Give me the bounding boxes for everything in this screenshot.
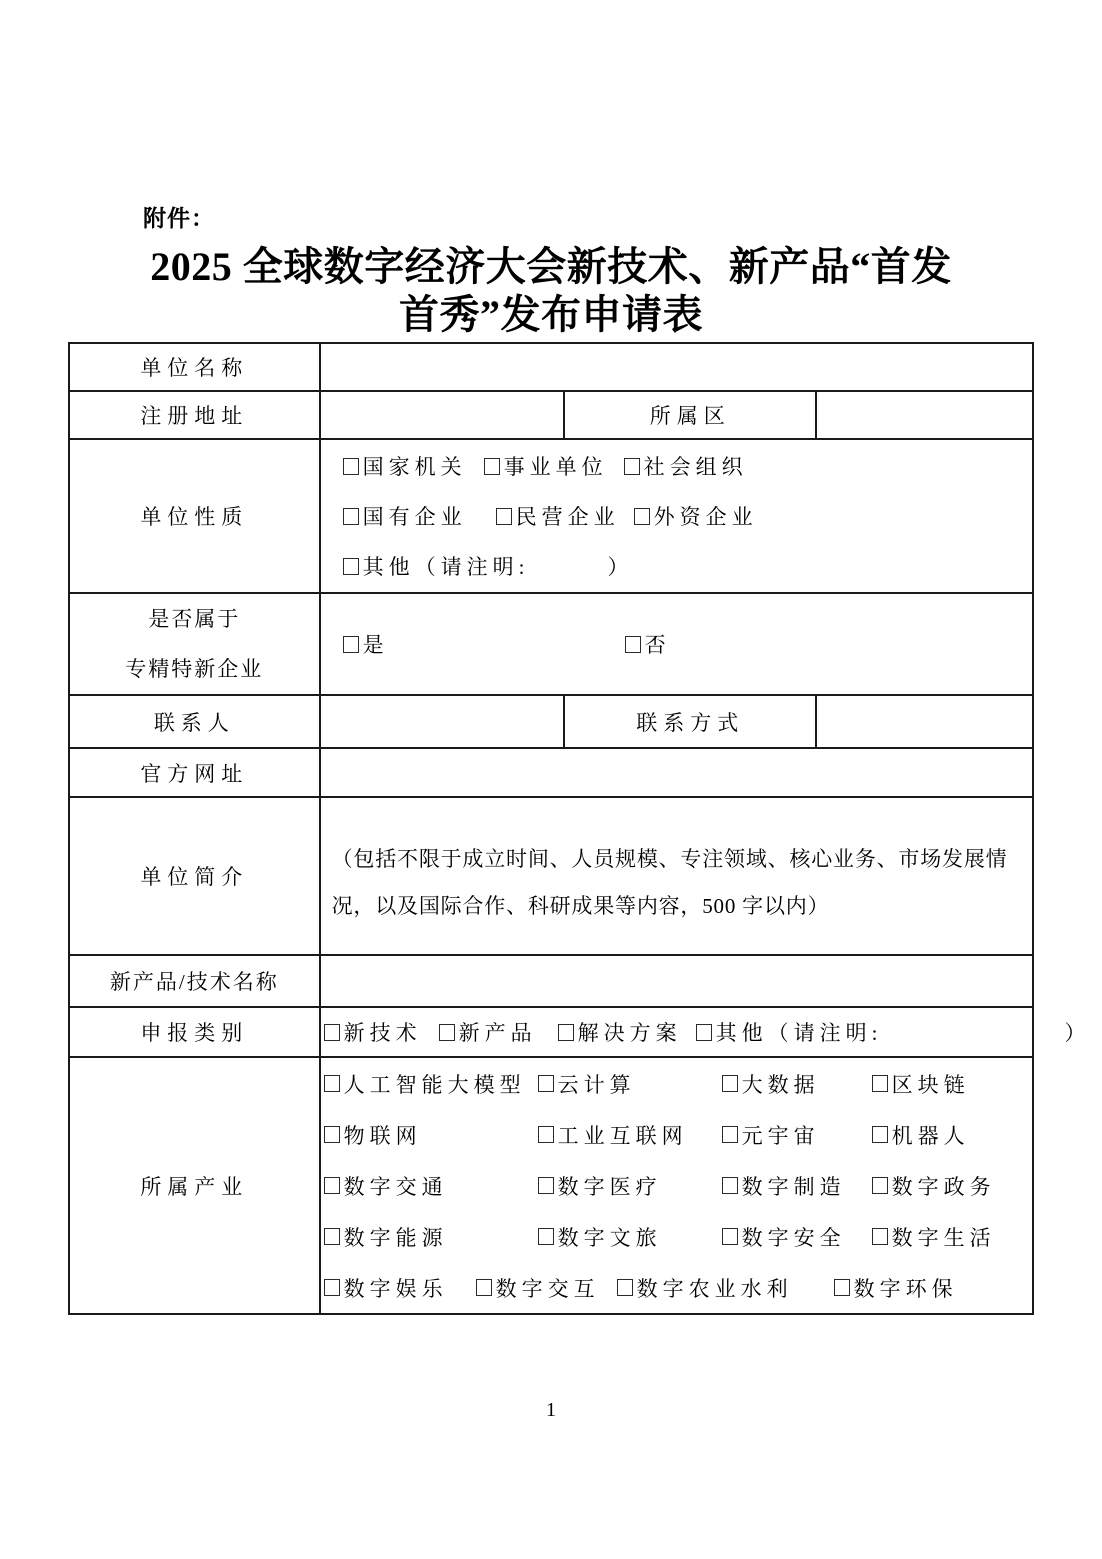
checkbox-label: 社会组织 [644,451,748,481]
checkbox-icon [324,1177,340,1194]
checkbox-option[interactable]: 数字环保 [834,1273,958,1303]
checkbox-option[interactable]: 机器人 [872,1120,970,1150]
category-label: 申报类别 [69,1007,320,1057]
checkbox-option[interactable]: 国有企业 [343,501,496,531]
website-input[interactable] [320,748,1033,797]
checkbox-icon [834,1279,850,1296]
checkbox-label: 物联网 [344,1120,422,1150]
checkbox-label: 大数据 [742,1069,820,1099]
checkbox-label: 数字娱乐 [344,1273,448,1303]
document-page: 附件： 2025 全球数字经济大会新技术、新产品“首发 首秀”发布申请表 单位名… [0,0,1102,1559]
contact-input[interactable] [320,695,565,748]
specialized-label-line2: 专精特新企业 [72,644,317,694]
checkbox-icon [324,1228,340,1245]
checkbox-option[interactable]: 数字政务 [872,1171,996,1201]
registered-address-input[interactable] [320,391,565,439]
unit-nature-label: 单位性质 [69,439,320,593]
checkbox-label: 数字文旅 [558,1222,662,1252]
checkbox-label: 新技术 [344,1017,422,1047]
checkbox-icon [538,1177,554,1194]
category-options: 新技术 新产品 解决方案 其他（请注明: ） [320,1007,1033,1057]
checkbox-label: 数字政务 [892,1171,996,1201]
checkbox-option[interactable]: 事业单位 [484,451,624,481]
checkbox-icon [722,1075,738,1092]
checkbox-option[interactable]: 新技术 [324,1017,439,1047]
profile-label: 单位简介 [69,797,320,955]
form-container: 单位名称 注册地址 所属区 单位性质 国家机关 事业单位 社会组织 国有企业 民… [68,342,1034,1315]
checkbox-option[interactable]: 云计算 [538,1069,722,1099]
checkbox-option[interactable]: 新产品 [439,1017,558,1047]
checkbox-option[interactable]: 数字文旅 [538,1222,722,1252]
title-line-2: 首秀”发布申请表 [399,292,703,337]
checkbox-option[interactable]: 解决方案 [558,1017,696,1047]
checkbox-label: 机器人 [892,1120,970,1150]
checkbox-icon [624,458,640,475]
checkbox-option[interactable]: 元宇宙 [722,1120,872,1150]
checkbox-option[interactable]: 数字安全 [722,1222,872,1252]
unit-nature-options: 国家机关 事业单位 社会组织 国有企业 民营企业 外资企业 其他（请注明: ） [320,439,1033,593]
checkbox-option[interactable]: 人工智能大模型 [324,1069,538,1099]
contact-label: 联系人 [69,695,320,748]
checkbox-label: 人工智能大模型 [344,1069,526,1099]
specialized-label-line1: 是否属于 [72,594,317,644]
profile-input[interactable]: （包括不限于成立时间、人员规模、专注领域、核心业务、市场发展情况，以及国际合作、… [320,797,1033,955]
website-label: 官方网址 [69,748,320,797]
checkbox-icon [872,1177,888,1194]
profile-hint: （包括不限于成立时间、人员规模、专注领域、核心业务、市场发展情况，以及国际合作、… [332,847,1008,918]
table-row-unit-name: 单位名称 [69,343,1033,391]
industry-label: 所属产业 [69,1057,320,1314]
checkbox-label: 国有企业 [363,501,467,531]
checkbox-icon [722,1228,738,1245]
option-line: 是 否 [343,619,1032,669]
checkbox-option-other[interactable]: 其他（请注明: ） [343,551,634,581]
checkbox-option[interactable]: 数字医疗 [538,1171,722,1201]
table-row-industry: 所属产业 人工智能大模型 云计算 大数据 区块链 物联网 工业互联网 元宇宙 机… [69,1057,1033,1314]
checkbox-option-no[interactable]: 否 [625,629,671,659]
contact-method-label: 联系方式 [564,695,816,748]
checkbox-option-yes[interactable]: 是 [343,629,625,659]
checkbox-label: 数字制造 [742,1171,846,1201]
checkbox-icon [617,1279,633,1296]
checkbox-label: 民营企业 [516,501,620,531]
option-line: 物联网 工业互联网 元宇宙 机器人 [324,1109,1032,1160]
checkbox-label: 数字安全 [742,1222,846,1252]
table-row-category: 申报类别 新技术 新产品 解决方案 其他（请注明: ） [69,1007,1033,1057]
product-name-input[interactable] [320,955,1033,1007]
checkbox-icon [324,1024,340,1041]
table-row-contact: 联系人 联系方式 [69,695,1033,748]
checkbox-icon [872,1075,888,1092]
industry-options: 人工智能大模型 云计算 大数据 区块链 物联网 工业互联网 元宇宙 机器人 数字… [320,1057,1033,1314]
specialized-options: 是 否 [320,593,1033,695]
table-row-product-name: 新产品/技术名称 [69,955,1033,1007]
page-title: 2025 全球数字经济大会新技术、新产品“首发 首秀”发布申请表 [68,243,1034,339]
checkbox-option[interactable]: 大数据 [722,1069,872,1099]
checkbox-option[interactable]: 数字交互 [476,1273,617,1303]
option-line: 数字交通 数字医疗 数字制造 数字政务 [324,1160,1032,1211]
option-line: 国家机关 事业单位 社会组织 [343,441,1032,491]
checkbox-icon [343,508,359,525]
checkbox-icon [872,1126,888,1143]
application-form-table: 单位名称 注册地址 所属区 单位性质 国家机关 事业单位 社会组织 国有企业 民… [68,342,1034,1315]
checkbox-icon [324,1075,340,1092]
option-line: 数字娱乐 数字交互 数字农业水利 数字环保 [324,1262,1032,1313]
checkbox-icon [722,1177,738,1194]
attachment-label: 附件： [143,0,1102,233]
checkbox-option[interactable]: 物联网 [324,1120,538,1150]
checkbox-label: 数字农业水利 [637,1273,793,1303]
checkbox-icon [324,1126,340,1143]
checkbox-option[interactable]: 社会组织 [624,451,748,481]
checkbox-icon [343,458,359,475]
district-label: 所属区 [564,391,816,439]
checkbox-option-other[interactable]: 其他（请注明: ） [696,1017,1091,1047]
checkbox-option[interactable]: 数字生活 [872,1222,996,1252]
page-number: 1 [0,1399,1102,1422]
checkbox-option[interactable]: 数字娱乐 [324,1273,476,1303]
checkbox-icon [558,1024,574,1041]
table-row-website: 官方网址 [69,748,1033,797]
checkbox-label: 解决方案 [578,1017,682,1047]
checkbox-option[interactable]: 民营企业 [496,501,634,531]
unit-name-input[interactable] [320,343,1033,391]
checkbox-icon [343,558,359,575]
checkbox-label: 数字医疗 [558,1171,662,1201]
option-line: 新技术 新产品 解决方案 其他（请注明: ） [324,1008,1032,1056]
contact-method-input[interactable] [816,695,1033,748]
checkbox-label: 工业互联网 [558,1120,688,1150]
title-line-1: 2025 全球数字经济大会新技术、新产品“首发 [150,244,952,289]
checkbox-icon [538,1126,554,1143]
unit-name-label: 单位名称 [69,343,320,391]
checkbox-label: 数字环保 [854,1273,958,1303]
checkbox-icon [538,1228,554,1245]
checkbox-icon [324,1279,340,1296]
checkbox-label: 数字生活 [892,1222,996,1252]
registered-address-label: 注册地址 [69,391,320,439]
checkbox-option[interactable]: 数字农业水利 [617,1273,834,1303]
checkbox-label: 数字交互 [496,1273,600,1303]
table-row-specialized: 是否属于 专精特新企业 是 否 [69,593,1033,695]
checkbox-icon [343,636,359,653]
checkbox-icon [625,636,641,653]
checkbox-option[interactable]: 国家机关 [343,451,484,481]
checkbox-option[interactable]: 外资企业 [634,501,758,531]
checkbox-label: 区块链 [892,1069,970,1099]
option-line: 其他（请注明: ） [343,541,1032,591]
checkbox-label: 其他（请注明: ） [716,1017,1091,1047]
checkbox-label: 其他（请注明: ） [363,551,634,581]
checkbox-label: 数字交通 [344,1171,448,1201]
checkbox-label: 国家机关 [363,451,467,481]
checkbox-icon [634,508,650,525]
checkbox-label: 云计算 [558,1069,636,1099]
table-row-registered-address: 注册地址 所属区 [69,391,1033,439]
checkbox-icon [872,1228,888,1245]
checkbox-label: 外资企业 [654,501,758,531]
checkbox-label: 数字能源 [344,1222,448,1252]
checkbox-option[interactable]: 数字交通 [324,1171,538,1201]
checkbox-icon [439,1024,455,1041]
checkbox-option[interactable]: 工业互联网 [538,1120,722,1150]
specialized-label: 是否属于 专精特新企业 [69,593,320,695]
checkbox-icon [484,458,500,475]
checkbox-icon [496,508,512,525]
product-name-label: 新产品/技术名称 [69,955,320,1007]
checkbox-label: 元宇宙 [742,1120,820,1150]
checkbox-option[interactable]: 数字制造 [722,1171,872,1201]
option-line: 人工智能大模型 云计算 大数据 区块链 [324,1058,1032,1109]
table-row-profile: 单位简介 （包括不限于成立时间、人员规模、专注领域、核心业务、市场发展情况，以及… [69,797,1033,955]
checkbox-icon [538,1075,554,1092]
checkbox-label: 事业单位 [504,451,608,481]
option-line: 国有企业 民营企业 外资企业 [343,491,1032,541]
district-input[interactable] [816,391,1033,439]
checkbox-label: 新产品 [459,1017,537,1047]
checkbox-label: 是 [363,629,389,659]
checkbox-option[interactable]: 区块链 [872,1069,970,1099]
checkbox-icon [696,1024,712,1041]
option-line: 数字能源 数字文旅 数字安全 数字生活 [324,1211,1032,1262]
checkbox-option[interactable]: 数字能源 [324,1222,538,1252]
table-row-unit-nature: 单位性质 国家机关 事业单位 社会组织 国有企业 民营企业 外资企业 其他（请注… [69,439,1033,593]
checkbox-icon [722,1126,738,1143]
checkbox-icon [476,1279,492,1296]
checkbox-label: 否 [645,629,671,659]
